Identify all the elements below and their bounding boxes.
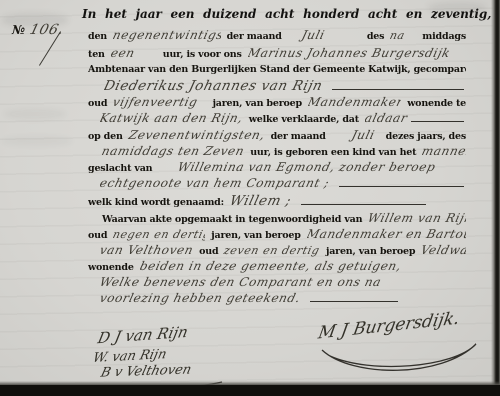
- printed-text: jaren, van beroep: [213, 98, 302, 109]
- handwritten-hour: een: [111, 46, 136, 60]
- handwritten-witness1-name: Willem van Rijn: [368, 211, 466, 225]
- document-line: van Velthoven oud zeven en dertig jaren,…: [100, 243, 466, 257]
- printed-text: oud: [199, 246, 218, 257]
- printed-text: wonende: [88, 262, 134, 273]
- signature-text: D J van Rijn: [96, 323, 190, 348]
- ruled-line: [310, 301, 398, 302]
- printed-text: den: [88, 31, 107, 42]
- document-line: Welke benevens den Comparant en ons na: [100, 275, 466, 289]
- printed-text: jaren, van beroep: [326, 246, 415, 257]
- printed-text: dezes jaars, des: [386, 131, 466, 142]
- handwritten-registrar-name: Marinus Johannes Burgersdijk: [248, 46, 452, 60]
- handwritten-residence: Katwijk aan den Rijn,: [100, 111, 245, 125]
- handwritten-occupation: Mandenmaker: [308, 95, 401, 109]
- ruled-line: [301, 204, 426, 205]
- act-number-label: №: [12, 23, 25, 37]
- page-bottom-edge: [0, 385, 500, 396]
- handwritten-mother-name: Willemina van Egmond, zonder beroep: [177, 160, 438, 174]
- handwritten-witness2-name: van Velthoven: [100, 243, 195, 257]
- ink-smudge: [2, 136, 72, 146]
- ruled-line: [411, 121, 464, 122]
- printed-text: der maand: [227, 31, 282, 42]
- document-line: namiddags ten Zeven uur, is geboren een …: [88, 144, 466, 158]
- document-line: op den Zevenentwintigsten, der maand Jul…: [88, 128, 466, 142]
- handwritten-birth-day: Zevenentwintigsten,: [127, 128, 266, 142]
- document-line: Ambtenaar van den Burgerlijken Stand der…: [88, 64, 466, 75]
- document-line: ten een uur, is voor ons Marinus Johanne…: [88, 46, 466, 60]
- document-line: Waarvan akte opgemaakt in tegenwoordighe…: [88, 211, 466, 225]
- handwritten-birth-hour: namiddags ten Zeven: [100, 144, 246, 158]
- handwritten-day: negenentwintigsten: [113, 28, 221, 42]
- ink-smudge: [4, 108, 66, 120]
- handwritten-witness1-occupation: Mandenmaker en Bartout: [307, 227, 466, 241]
- handwritten-witness-residence: beiden in deze gemeente, als getuigen,: [140, 259, 403, 273]
- handwritten-child-name: Willem ;: [228, 193, 293, 209]
- document-line: geslacht van Willemina van Egmond, zonde…: [88, 160, 466, 174]
- handwritten-witness2-occupation: Veldwachter: [421, 243, 466, 257]
- act-number: № 106.: [12, 22, 63, 38]
- scanned-birth-record: № 106. In het jaar een duizend acht hond…: [0, 0, 500, 396]
- document-line: den negenentwintigsten der maand Juli de…: [88, 28, 466, 42]
- handwritten-age: vijfenveertig: [113, 95, 199, 109]
- signature-declarant: D J van Rijn: [97, 323, 188, 347]
- document-line: Katwijk aan den Rijn, welke verklaarde, …: [100, 111, 466, 125]
- printed-text: geslacht van: [88, 163, 152, 174]
- page-right-edge: [491, 0, 500, 396]
- handwritten-mother-relation: echtgenoote van hem Comparant ;: [100, 176, 331, 190]
- printed-text: Ambtenaar van den Burgerlijken Stand der…: [88, 64, 466, 75]
- printed-text: der maand: [271, 131, 326, 142]
- printed-text: jaren, van beroep: [211, 230, 300, 241]
- printed-text: oud: [88, 230, 107, 241]
- printed-text: welk kind wordt genaamd:: [88, 197, 224, 208]
- handwritten-witness1-age: negen en dertig: [113, 228, 205, 241]
- printed-text: welke verklaarde, dat: [249, 114, 359, 125]
- header-line: In het jaar een duizend acht honderd ach…: [82, 7, 482, 21]
- handwritten-gender: mannelijk: [422, 144, 466, 158]
- handwritten-place: aldaar: [365, 111, 409, 125]
- printed-text: Waarvan akte opgemaakt in tegenwoordighe…: [102, 214, 362, 225]
- printed-text: middags: [422, 31, 466, 42]
- document-line: Diederikus Johannes van Rijn: [104, 78, 466, 94]
- document-line: wonende beiden in deze gemeente, als get…: [88, 259, 466, 273]
- handwritten-closing-text: voorlezing hebben geteekend.: [100, 291, 302, 305]
- handwritten-closing-text: Welke benevens den Comparant en ons na: [100, 275, 383, 289]
- printed-text: uur, is geboren een kind van het: [250, 147, 416, 158]
- document-line: voorlezing hebben geteekend.: [100, 291, 466, 305]
- printed-text: ten: [88, 49, 105, 60]
- printed-text: uur, is voor ons: [163, 49, 242, 60]
- signature-witness2: B v Velthoven: [101, 362, 192, 380]
- handwritten-declarant-name: Diederikus Johannes van Rijn: [104, 78, 324, 94]
- printed-text: oud: [88, 98, 107, 109]
- document-line: echtgenoote van hem Comparant ;: [100, 176, 466, 190]
- handwritten-birth-month: Juli: [350, 128, 376, 142]
- printed-text: des: [367, 31, 384, 42]
- signature-flourish: [314, 338, 486, 380]
- ruled-line: [332, 89, 464, 90]
- printed-text: op den: [88, 131, 123, 142]
- handwritten-witness2-age: zeven en dertig: [223, 244, 322, 257]
- handwritten-month: Juli: [300, 28, 326, 42]
- document-line: oud negen en dertig jaren, van beroep Ma…: [88, 227, 466, 241]
- handwritten-daypart: na: [390, 29, 406, 42]
- document-line: oud vijfenveertig jaren, van beroep Mand…: [88, 95, 466, 109]
- document-line: welk kind wordt genaamd: Willem ;: [88, 193, 466, 209]
- act-number-value: 106.: [28, 22, 66, 38]
- ruled-line: [339, 186, 464, 187]
- signature-text: B v Velthoven: [99, 362, 193, 380]
- printed-text: wonende te: [407, 98, 466, 109]
